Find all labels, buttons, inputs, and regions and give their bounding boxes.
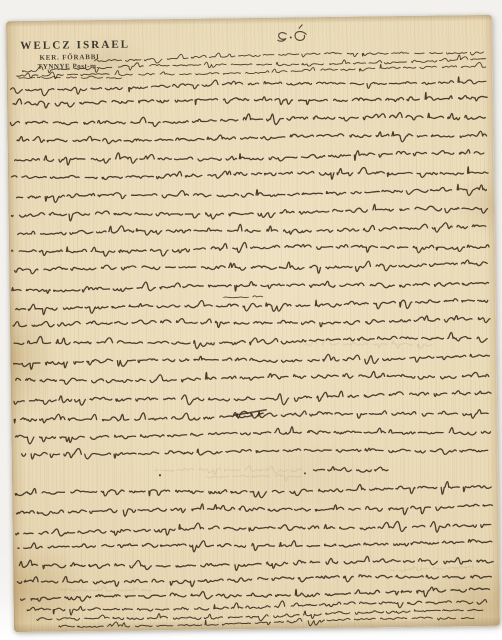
photo-background: WELCZ ISRAEL KER. FŐRABBI TYNNYE Post-m.	[0, 0, 502, 640]
ghost-show-through-writing	[55, 337, 473, 592]
handwritten-hebrew-text	[6, 15, 500, 632]
handwriting-lines	[9, 50, 494, 630]
screenshot-root: { "colors": { "bg": "#f2f1ee", "bg-botto…	[0, 0, 502, 640]
letter-paper: WELCZ ISRAEL KER. FŐRABBI TYNNYE Post-m.	[6, 15, 500, 632]
strikethrough-mark	[234, 410, 266, 415]
hebrew-inscription	[278, 25, 307, 41]
